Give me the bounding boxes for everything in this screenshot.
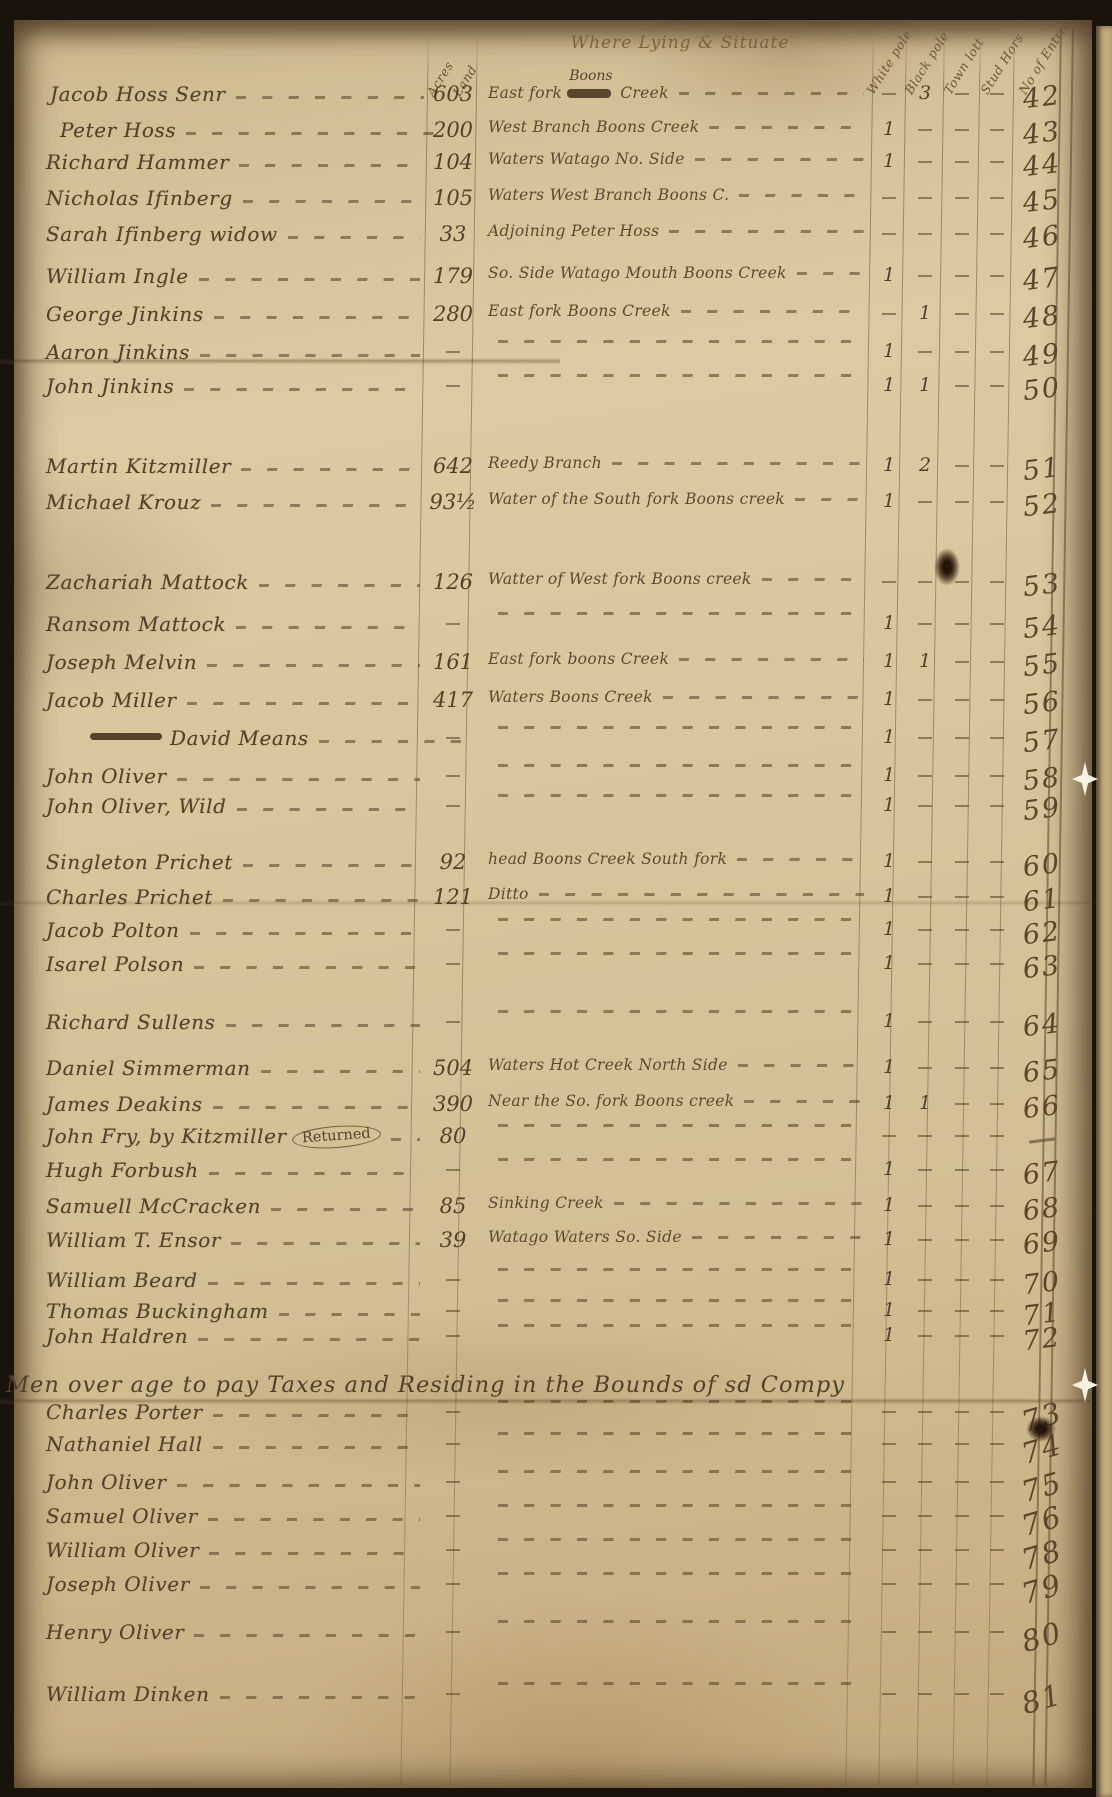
- white-poll-cell: 1: [873, 490, 905, 512]
- acres-value: 33: [428, 222, 478, 246]
- stud-hors-cell: [981, 302, 1012, 324]
- dash-filler: [209, 1552, 420, 1555]
- black-poll-cell: [908, 340, 942, 362]
- name-cell: James Deakins: [46, 1092, 426, 1116]
- acres-value: 200: [428, 118, 478, 142]
- dash-filler: [213, 1106, 420, 1109]
- location-cell: [488, 918, 870, 928]
- dash-filler: [231, 1242, 420, 1245]
- acres-value: 390: [428, 1092, 478, 1116]
- taxpayer-name: Thomas Buckingham: [46, 1299, 269, 1323]
- dash-filler: [177, 778, 420, 781]
- white-poll-cell: [873, 1470, 905, 1492]
- dash-filler: [498, 612, 864, 615]
- entry-number: 49: [1010, 336, 1073, 374]
- town-lott-cell: [945, 650, 978, 672]
- dash-filler: [709, 126, 864, 129]
- acres-value: [428, 1538, 478, 1560]
- dash-filler: [498, 1158, 864, 1161]
- name-cell: Richard Sullens: [46, 1010, 426, 1034]
- black-poll-cell: [908, 1194, 942, 1216]
- black-poll-cell: [908, 1158, 942, 1180]
- taxpayer-name: Jacob Miller: [46, 688, 177, 712]
- stud-hors-cell: [981, 1620, 1012, 1642]
- stud-hors-cell: [981, 340, 1012, 362]
- town-lott-cell: [945, 374, 978, 396]
- white-poll-cell: 1: [873, 850, 905, 872]
- taxpayer-name: James Deakins: [46, 1092, 203, 1116]
- dash-filler: [236, 96, 424, 99]
- town-lott-cell: [945, 1432, 978, 1454]
- name-cell: John Oliver, Wild: [46, 794, 426, 818]
- dash-filler: [213, 1414, 420, 1417]
- dash-filler: [498, 374, 864, 377]
- stud-hors-cell: [981, 1158, 1012, 1180]
- location-cell: head Boons Creek South fork: [488, 850, 870, 868]
- taxpayer-name: Ransom Mattock: [46, 612, 226, 636]
- scratched-out-mark: [90, 733, 162, 740]
- black-poll-cell: 1: [908, 650, 942, 672]
- dash-filler: [498, 1504, 864, 1507]
- white-poll-cell: 1: [873, 264, 905, 286]
- stud-hors-cell: [981, 850, 1012, 872]
- entry-number: 63: [1010, 948, 1073, 986]
- entry-number: 47: [1010, 260, 1073, 298]
- town-lott-cell: [945, 118, 978, 140]
- dash-filler: [220, 1696, 420, 1699]
- inserted-word: Boons: [569, 68, 612, 84]
- black-poll-cell: [908, 1620, 942, 1642]
- location-text: Water of the South fork Boons creek: [488, 490, 785, 508]
- black-poll-cell: [908, 688, 942, 710]
- location-cell: Waters Watago No. Side: [488, 150, 870, 168]
- stud-hors-cell: [981, 1010, 1012, 1032]
- ledger-row: Richard Sullens164: [0, 1010, 1090, 1040]
- white-poll-cell: [873, 1538, 905, 1560]
- ledger-row: Martin Kitzmiller642Reedy Branch1251: [0, 454, 1090, 484]
- town-lott-cell: [945, 82, 978, 104]
- dash-filler: [737, 858, 864, 861]
- town-lott-cell: [945, 490, 978, 512]
- dash-filler: [391, 1138, 420, 1141]
- stud-hors-cell: [981, 1432, 1012, 1454]
- town-lott-cell: [945, 726, 978, 748]
- dash-filler: [539, 893, 864, 896]
- stud-hors-cell: [981, 612, 1012, 634]
- stud-hors-cell: [981, 1092, 1012, 1114]
- white-poll-cell: 1: [873, 1299, 905, 1321]
- white-poll-cell: 1: [873, 118, 905, 140]
- name-cell: Michael Krouz: [46, 490, 426, 514]
- dash-filler: [612, 462, 864, 465]
- white-poll-cell: [873, 1432, 905, 1454]
- location-text: head Boons Creek South fork: [488, 850, 727, 868]
- acres-value: [428, 1299, 478, 1321]
- location-cell: [488, 1268, 870, 1278]
- taxpayer-name: John Jinkins: [46, 374, 174, 398]
- dash-filler: [187, 702, 420, 705]
- town-lott-cell: [945, 850, 978, 872]
- ledger-row: Singleton Prichet92head Boons Creek Sout…: [0, 850, 1090, 880]
- taxpayer-name: Nathaniel Hall: [46, 1432, 203, 1456]
- white-poll-cell: 1: [873, 952, 905, 974]
- stud-hors-cell: [981, 952, 1012, 974]
- ink-blot: [934, 548, 960, 586]
- acres-value: 85: [428, 1194, 478, 1218]
- name-cell: Martin Kitzmiller: [46, 454, 426, 478]
- dash-filler: [200, 1586, 420, 1589]
- dash-filler: [797, 272, 864, 275]
- location-text: Sinking Creek: [488, 1194, 604, 1212]
- black-poll-cell: [908, 764, 942, 786]
- town-lott-cell: [945, 150, 978, 172]
- taxpayer-name: John Fry, by Kitzmiller: [46, 1124, 287, 1148]
- town-lott-cell: [945, 340, 978, 362]
- white-poll-cell: [873, 302, 905, 324]
- dash-filler: [208, 1518, 420, 1521]
- taxpayer-name: Singleton Prichet: [46, 850, 233, 874]
- acres-value: 93½: [428, 490, 478, 514]
- location-cell: So. Side Watago Mouth Boons Creek: [488, 264, 870, 282]
- black-poll-cell: [908, 1572, 942, 1594]
- ledger-row: Richard Hammer104Waters Watago No. Side1…: [0, 150, 1090, 180]
- acres-value: [428, 1504, 478, 1526]
- acres-value: [428, 1158, 478, 1180]
- dash-filler: [199, 278, 420, 281]
- dash-filler: [190, 932, 420, 935]
- town-lott-cell: [945, 1620, 978, 1642]
- name-cell: William Ingle: [46, 264, 426, 288]
- location-text: East fork: [488, 84, 562, 102]
- location-text: Waters Watago No. Side: [488, 150, 685, 168]
- location-cell: East fork boons Creek: [488, 650, 870, 668]
- name-cell: Sarah Ifinberg widow: [46, 222, 426, 246]
- dash-filler: [498, 1538, 864, 1541]
- stud-hors-cell: [981, 764, 1012, 786]
- name-cell: William Beard: [46, 1268, 426, 1292]
- name-cell: Isarel Polson: [46, 952, 426, 976]
- town-lott-cell: [945, 222, 978, 244]
- white-poll-cell: 1: [873, 1056, 905, 1078]
- ink-blot: [1026, 1416, 1056, 1442]
- stud-hors-cell: [981, 688, 1012, 710]
- entry-number: [1010, 1120, 1073, 1158]
- entry-number: 53: [1010, 566, 1073, 604]
- white-poll-cell: 1: [873, 1268, 905, 1290]
- dash-filler: [498, 1682, 864, 1685]
- white-poll-cell: [873, 1504, 905, 1526]
- town-lott-cell: [945, 1268, 978, 1290]
- acres-value: 417: [428, 688, 478, 712]
- acres-value: [428, 1010, 478, 1032]
- entry-number: 62: [1010, 914, 1073, 952]
- black-poll-cell: [908, 150, 942, 172]
- stud-hors-cell: [981, 454, 1012, 476]
- name-cell: John Oliver: [46, 764, 426, 788]
- ledger-row: William Ingle179So. Side Watago Mouth Bo…: [0, 264, 1090, 294]
- circled-annotation: Returned: [291, 1123, 381, 1151]
- town-lott-cell: [945, 794, 978, 816]
- entry-number: 48: [1010, 298, 1073, 336]
- taxpayer-name: Isarel Polson: [46, 952, 184, 976]
- name-cell: George Jinkins: [46, 302, 426, 326]
- taxpayer-name: John Oliver: [46, 764, 167, 788]
- name-cell: William T. Ensor: [46, 1228, 426, 1252]
- name-cell: Nathaniel Hall: [46, 1432, 426, 1456]
- name-cell: Thomas Buckingham: [46, 1299, 426, 1323]
- ledger-row: John Fry, by KitzmillerReturned80: [0, 1124, 1090, 1154]
- name-cell: John Jinkins: [46, 374, 426, 398]
- entry-number: 60: [1010, 846, 1073, 884]
- name-cell: John Haldren: [46, 1324, 426, 1348]
- entry-number: 46: [1010, 218, 1073, 256]
- ledger-row: Isarel Polson163: [0, 952, 1090, 982]
- entry-number: 67: [1010, 1154, 1073, 1192]
- dash-filler: [679, 658, 864, 661]
- location-text: West Branch Boons Creek: [488, 118, 699, 136]
- white-poll-cell: 1: [873, 764, 905, 786]
- dash-filler: [739, 194, 864, 197]
- stud-hors-cell: [981, 1538, 1012, 1560]
- fold-crease: [0, 358, 560, 365]
- taxpayer-name: Jacob Hoss Senr: [50, 82, 226, 106]
- town-lott-cell: [945, 264, 978, 286]
- town-lott-cell: [945, 952, 978, 974]
- location-cell: [488, 1538, 870, 1548]
- black-poll-cell: [908, 794, 942, 816]
- dash-filler: [271, 1208, 420, 1211]
- taxpayer-name: Joseph Melvin: [46, 650, 197, 674]
- acres-value: [428, 794, 478, 816]
- town-lott-cell: [945, 612, 978, 634]
- taxpayer-name: Henry Oliver: [46, 1620, 184, 1644]
- dash-filler: [259, 584, 420, 587]
- name-cell: Joseph Melvin: [46, 650, 426, 674]
- town-lott-cell: [945, 688, 978, 710]
- town-lott-cell: [945, 1228, 978, 1250]
- ledger-row: Jacob Miller417Waters Boons Creek156: [0, 688, 1090, 718]
- dash-filler: [241, 468, 420, 471]
- location-text: Waters West Branch Boons C.: [488, 186, 729, 204]
- entry-number: 65: [1010, 1052, 1073, 1090]
- white-poll-cell: 1: [873, 1228, 905, 1250]
- acres-value: 105: [428, 186, 478, 210]
- ledger-row: Joseph Melvin161East fork boons Creek115…: [0, 650, 1090, 680]
- stud-hors-cell: [981, 1268, 1012, 1290]
- dash-filler: [211, 504, 420, 507]
- location-text: Reedy Branch: [488, 454, 602, 472]
- black-poll-cell: [908, 118, 942, 140]
- acres-value: 280: [428, 302, 478, 326]
- white-poll-cell: 1: [873, 454, 905, 476]
- stud-hors-cell: [981, 222, 1012, 244]
- name-cell: David Means: [46, 726, 470, 750]
- taxpayer-name: John Oliver, Wild: [46, 794, 227, 818]
- name-cell: Joseph Oliver: [46, 1572, 426, 1596]
- taxpayer-name: Daniel Simmerman: [46, 1056, 251, 1080]
- location-cell: Watago Waters So. Side: [488, 1228, 870, 1246]
- entry-number: 69: [1010, 1224, 1073, 1262]
- taxpayer-name: William Beard: [46, 1268, 198, 1292]
- taxpayer-name: William Ingle: [46, 264, 189, 288]
- acres-value: 104: [428, 150, 478, 174]
- entry-number: 52: [1010, 486, 1073, 524]
- dash-filler: [669, 230, 864, 233]
- town-lott-cell: [945, 1092, 978, 1114]
- location-text: Watter of West fork Boons creek: [488, 570, 752, 588]
- stud-hors-cell: [981, 150, 1012, 172]
- location-cell: [488, 794, 870, 804]
- location-text: Waters Boons Creek: [488, 688, 653, 706]
- dash-filler: [237, 808, 420, 811]
- entry-number: 55: [1010, 646, 1073, 684]
- entry-number: 54: [1010, 608, 1073, 646]
- black-poll-cell: [908, 264, 942, 286]
- dash-filler: [498, 918, 864, 921]
- stud-hors-cell: [981, 82, 1012, 104]
- white-poll-cell: 1: [873, 1092, 905, 1114]
- stud-hors-cell: [981, 118, 1012, 140]
- white-poll-cell: [873, 1572, 905, 1594]
- black-poll-cell: 1: [908, 1092, 942, 1114]
- acres-value: [428, 1432, 478, 1454]
- location-cell: [488, 1470, 870, 1480]
- white-poll-cell: 1: [873, 150, 905, 172]
- acres-value: [428, 374, 478, 396]
- dash-filler: [614, 1202, 864, 1205]
- black-poll-cell: 2: [908, 454, 942, 476]
- name-cell: Samuell McCracken: [46, 1194, 426, 1218]
- ledger-row: Nathaniel Hall74: [0, 1432, 1090, 1462]
- dash-filler: [239, 164, 420, 167]
- dash-filler: [498, 764, 864, 767]
- name-cell: Jacob Hoss Senr: [46, 82, 430, 106]
- name-cell: Ransom Mattock: [46, 612, 426, 636]
- dash-filler: [194, 966, 420, 969]
- town-lott-cell: [945, 302, 978, 324]
- town-lott-cell: [945, 1056, 978, 1078]
- dash-filler: [681, 310, 864, 313]
- dash-filler: [243, 864, 420, 867]
- white-poll-cell: 1: [873, 650, 905, 672]
- town-lott-cell: [945, 1124, 978, 1146]
- taxpayer-name: Samuel Oliver: [46, 1504, 198, 1528]
- dash-filler: [194, 1634, 420, 1637]
- black-poll-cell: [908, 612, 942, 634]
- stud-hors-cell: [981, 726, 1012, 748]
- taxpayer-name: Joseph Oliver: [46, 1572, 190, 1596]
- town-lott-cell: [945, 764, 978, 786]
- dash-filler: [243, 200, 420, 203]
- entry-number: 42: [1010, 78, 1073, 116]
- name-cell: Daniel Simmerman: [46, 1056, 426, 1080]
- location-text: Near the So. fork Boons creek: [488, 1092, 734, 1110]
- location-cell: [488, 1504, 870, 1514]
- dash-filler: [498, 1470, 864, 1473]
- ledger-row: Nicholas Ifinberg105Waters West Branch B…: [0, 186, 1090, 216]
- dash-filler: [679, 92, 864, 95]
- location-cell: [488, 1158, 870, 1168]
- stud-hors-cell: [981, 186, 1012, 208]
- stud-hors-cell: [981, 1124, 1012, 1146]
- white-poll-cell: [873, 1620, 905, 1642]
- stud-hors-cell: [981, 1228, 1012, 1250]
- acres-value: [428, 918, 478, 940]
- taxpayer-name: George Jinkins: [46, 302, 204, 326]
- taxpayer-name: Sarah Ifinberg widow: [46, 222, 278, 246]
- dash-filler: [498, 1268, 864, 1271]
- adjacent-page-edge: [1096, 26, 1112, 1797]
- ledger-row: George Jinkins280East fork Boons Creek14…: [0, 302, 1090, 332]
- ledger-row: Zachariah Mattock126Watter of West fork …: [0, 570, 1090, 600]
- location-cell: West Branch Boons Creek: [488, 118, 870, 136]
- ledger-row: Henry Oliver80: [0, 1620, 1090, 1650]
- white-poll-cell: 1: [873, 688, 905, 710]
- entry-number: 68: [1010, 1190, 1073, 1228]
- ledger-row: John Oliver75: [0, 1470, 1090, 1500]
- ledger-row: William T. Ensor39Watago Waters So. Side…: [0, 1228, 1090, 1258]
- location-text: Waters Hot Creek North Side: [488, 1056, 728, 1074]
- ledger-row: Jacob Hoss Senr603East forkBoonsCreek342: [0, 82, 1090, 112]
- town-lott-cell: [945, 1010, 978, 1032]
- name-cell: Henry Oliver: [46, 1620, 426, 1644]
- entry-number: 57: [1010, 722, 1073, 760]
- white-poll-cell: [873, 1124, 905, 1146]
- town-lott-cell: [945, 1504, 978, 1526]
- ledger-row: Jacob Polton162: [0, 918, 1090, 948]
- name-cell: Zachariah Mattock: [46, 570, 426, 594]
- white-poll-cell: [873, 186, 905, 208]
- dash-filler: [498, 1299, 864, 1302]
- location-cell: Watter of West fork Boons creek: [488, 570, 870, 588]
- white-poll-cell: 1: [873, 340, 905, 362]
- ledger-row: John Oliver, Wild159: [0, 794, 1090, 824]
- ledger-row: David Means157: [0, 726, 1090, 756]
- entry-number: 56: [1010, 684, 1073, 722]
- acres-value: 603: [428, 82, 478, 106]
- location-cell: [488, 1124, 870, 1134]
- taxpayer-name: Nicholas Ifinberg: [46, 186, 233, 210]
- acres-value: 92: [428, 850, 478, 874]
- note-men-over-age: Men over age to pay Taxes and Residing i…: [6, 1372, 1056, 1398]
- dash-filler: [744, 1100, 864, 1103]
- white-poll-cell: [873, 1682, 905, 1704]
- white-poll-cell: [873, 570, 905, 592]
- dash-filler: [279, 1313, 420, 1316]
- name-cell: Hugh Forbush: [46, 1158, 426, 1182]
- ledger-row: James Deakins390Near the So. fork Boons …: [0, 1092, 1090, 1122]
- stud-hors-cell: [981, 1324, 1012, 1346]
- acres-value: [428, 1572, 478, 1594]
- taxpayer-name: William Oliver: [46, 1538, 199, 1562]
- acres-value: [428, 764, 478, 786]
- taxpayer-name: Zachariah Mattock: [46, 570, 249, 594]
- name-cell: John Oliver: [46, 1470, 426, 1494]
- ledger-row: Peter Hoss200West Branch Boons Creek143: [0, 118, 1090, 148]
- location-cell: [488, 612, 870, 622]
- ledger-row: William Oliver78: [0, 1538, 1090, 1568]
- taxpayer-name: Richard Sullens: [46, 1010, 216, 1034]
- white-poll-cell: 1: [873, 918, 905, 940]
- location-cell: East forkBoonsCreek: [488, 82, 870, 102]
- dash-filler: [498, 1124, 864, 1127]
- location-cell: [488, 1572, 870, 1582]
- dash-filler: [498, 1432, 864, 1435]
- location-cell: [488, 340, 870, 350]
- taxpayer-name: Hugh Forbush: [46, 1158, 199, 1182]
- location-cell: [488, 952, 870, 962]
- location-cell: Adjoining Peter Hoss: [488, 222, 870, 240]
